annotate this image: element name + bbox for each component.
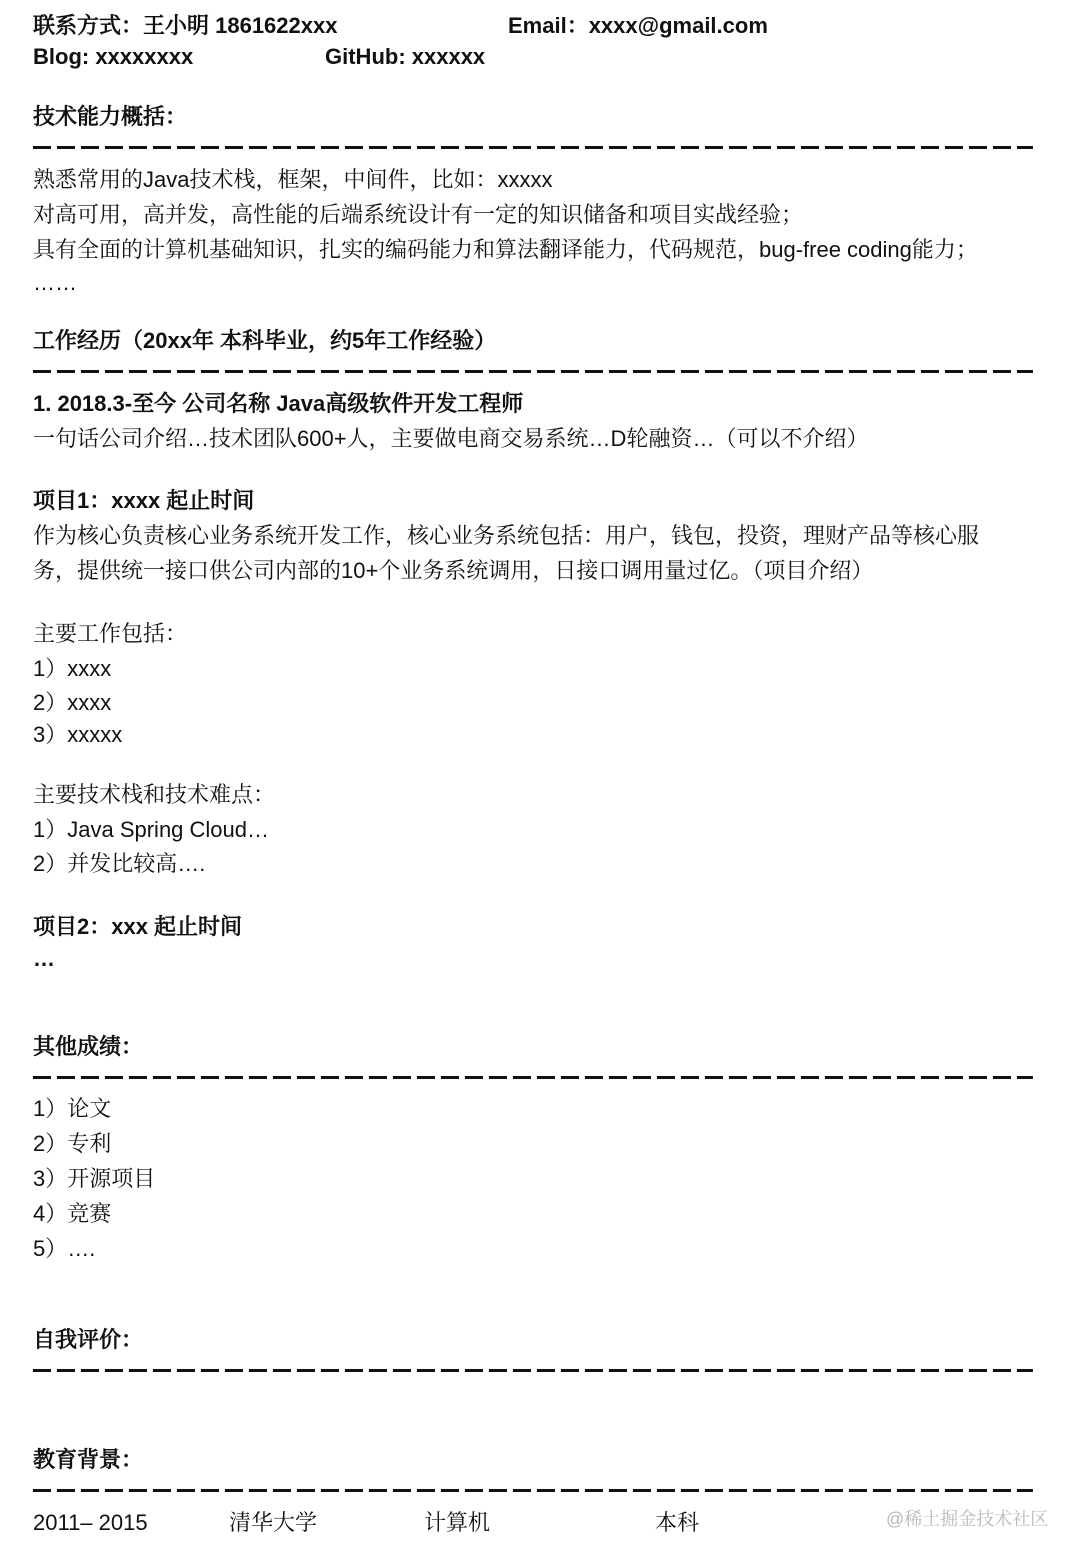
skill-line: 具有全面的计算机基础知识，扎实的编码能力和算法翻译能力，代码规范，bug-fre… — [33, 235, 978, 265]
section-divider — [33, 1369, 1033, 1372]
watermark-text: @稀土掘金技术社区 — [886, 1507, 1048, 1531]
section-title-achievements: 其他成绩： — [33, 1032, 143, 1062]
achievement-item: 2）专利 — [33, 1129, 111, 1159]
job-heading: 1. 2018.3-至今 公司名称 Java高级软件开发工程师 — [33, 389, 523, 419]
project-heading: 项目1：xxxx 起止时间 — [33, 486, 254, 516]
tech-item: 1）Java Spring Cloud… — [33, 815, 269, 845]
section-title-education: 教育背景： — [33, 1445, 143, 1475]
job-intro: 一句话公司介绍…技术团队600+人，主要做电商交易系统…D轮融资…（可以不介绍） — [33, 424, 868, 454]
project-ellipsis: … — [33, 944, 55, 974]
contact-github: GitHub: xxxxxx — [325, 42, 485, 72]
education-school: 清华大学 — [229, 1508, 317, 1538]
section-divider — [33, 1076, 1033, 1079]
duties-title: 主要工作包括： — [33, 619, 187, 649]
contact-blog: Blog: xxxxxxxx — [33, 42, 193, 72]
skill-line: 对高可用，高并发，高性能的后端系统设计有一定的知识储备和项目实战经验； — [33, 200, 803, 230]
project-description: 务，提供统一接口供公司内部的10+个业务系统调用，日接口调用量过亿。（项目介绍） — [33, 556, 873, 586]
education-period: 2011– 2015 — [33, 1508, 148, 1538]
section-divider — [33, 370, 1033, 373]
contact-name-phone: 联系方式：王小明 1861622xxx — [33, 11, 337, 41]
duty-item: 3）xxxxx — [33, 720, 122, 750]
project-heading: 项目2：xxx 起止时间 — [33, 912, 242, 942]
achievement-item: 5）…. — [33, 1234, 95, 1264]
section-title-self-eval: 自我评价： — [33, 1325, 143, 1355]
skill-line: 熟悉常用的Java技术栈，框架，中间件，比如：xxxxx — [33, 165, 552, 195]
achievement-item: 4）竞赛 — [33, 1199, 111, 1229]
project-description: 作为核心负责核心业务系统开发工作，核心业务系统包括：用户，钱包，投资，理财产品等… — [33, 521, 979, 551]
skill-line: …… — [33, 268, 77, 298]
education-major: 计算机 — [424, 1508, 490, 1538]
contact-email: Email：xxxx@gmail.com — [508, 11, 768, 41]
duty-item: 1）xxxx — [33, 654, 111, 684]
section-divider — [33, 1489, 1033, 1492]
duty-item: 2）xxxx — [33, 688, 111, 718]
section-divider — [33, 146, 1033, 149]
education-degree: 本科 — [655, 1508, 699, 1538]
section-title-skills: 技术能力概括： — [33, 102, 187, 132]
tech-item: 2）并发比较高…. — [33, 849, 205, 879]
achievement-item: 1）论文 — [33, 1094, 111, 1124]
tech-title: 主要技术栈和技术难点： — [33, 780, 275, 810]
section-title-work: 工作经历（20xx年 本科毕业，约5年工作经验） — [33, 326, 496, 356]
achievement-item: 3）开源项目 — [33, 1164, 155, 1194]
